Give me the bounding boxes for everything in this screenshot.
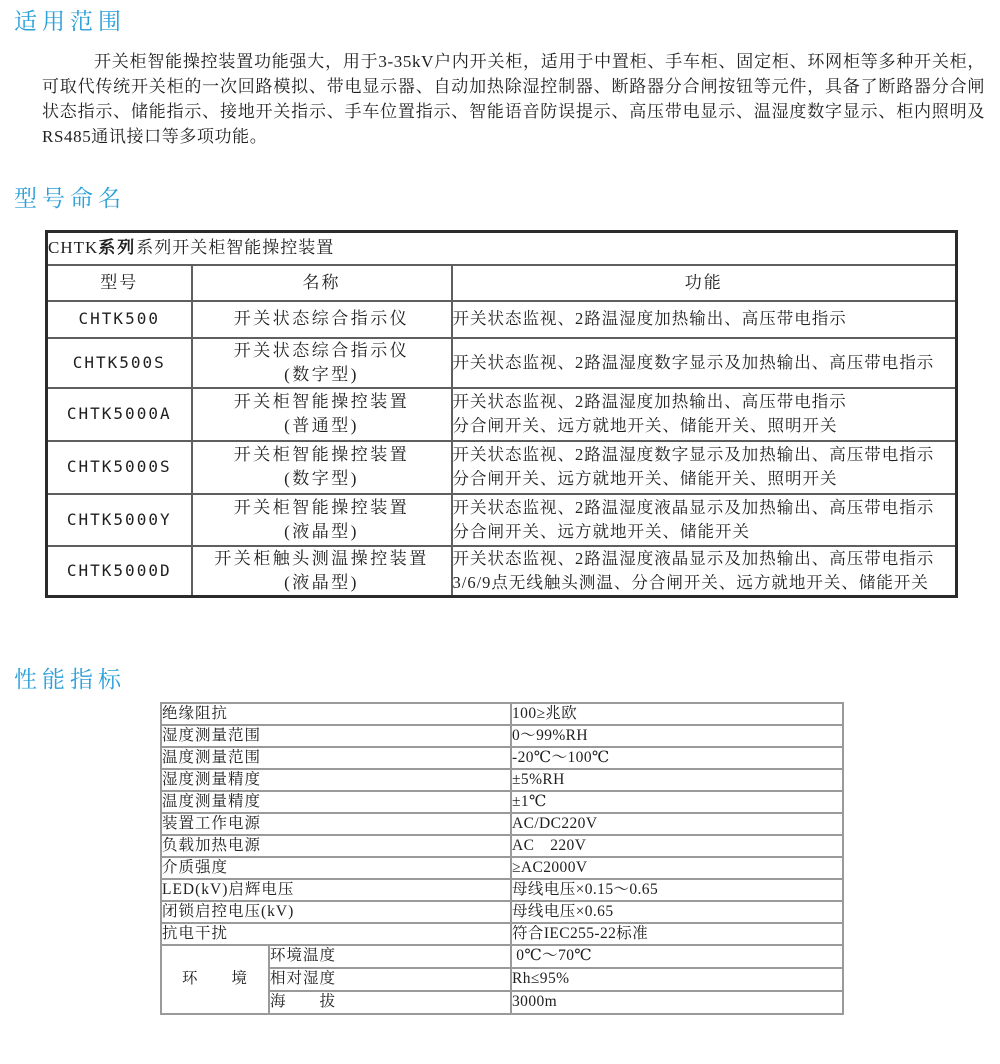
device-name-line: (普通型)	[193, 414, 451, 438]
device-name: 开关柜智能操控装置 (数字型)	[192, 441, 452, 494]
spec-value: 0～99%RH	[511, 725, 843, 747]
function-line: 开关状态监视、2路温湿度数字显示及加热输出、高压带电指示	[453, 351, 956, 375]
spec-value: ≥AC2000V	[511, 857, 843, 879]
function-line: 开关状态监视、2路温湿度加热输出、高压带电指示	[453, 307, 956, 331]
model-number: CHTK5000S	[47, 441, 192, 494]
col-header-function: 功能	[452, 265, 957, 301]
col-header-name: 名称	[192, 265, 452, 301]
spec-table: 绝缘阻抗 100≥兆欧 湿度测量范围 0～99%RH 温度测量范围 -20℃～1…	[160, 702, 844, 1015]
model-number: CHTK500S	[47, 338, 192, 388]
function-line: 开关状态监视、2路温湿度加热输出、高压带电指示	[453, 390, 956, 414]
device-functions: 开关状态监视、2路温湿度数字显示及加热输出、高压带电指示 分合闸开关、远方就地开…	[452, 441, 957, 494]
model-row-chtk5000y: CHTK5000Y 开关柜智能操控装置 (液晶型) 开关状态监视、2路温湿度液晶…	[47, 494, 957, 546]
device-functions: 开关状态监视、2路温湿度液晶显示及加热输出、高压带电指示 分合闸开关、远方就地开…	[452, 494, 957, 546]
env-sub-label: 环境温度	[269, 945, 511, 968]
env-sub-label: 相对湿度	[269, 968, 511, 991]
model-number: CHTK5000D	[47, 546, 192, 597]
model-table-title-row: CHTK系列系列开关柜智能操控装置	[47, 232, 957, 265]
env-row: 环 境 环境温度 0℃～70℃	[161, 945, 843, 968]
spec-label: 介质强度	[161, 857, 511, 879]
device-name-line: (数字型)	[193, 467, 451, 491]
spec-value: 3000m	[511, 991, 843, 1014]
device-name: 开关状态综合指示仪 (数字型)	[192, 338, 452, 388]
spec-label: 抗电干扰	[161, 923, 511, 945]
function-line: 开关状态监视、2路温湿度液晶显示及加热输出、高压带电指示	[453, 547, 956, 571]
spec-value: ±5%RH	[511, 769, 843, 791]
model-row-chtk5000a: CHTK5000A 开关柜智能操控装置 (普通型) 开关状态监视、2路温湿度加热…	[47, 388, 957, 441]
series-title-rest: 系列开关柜智能操控装置	[136, 238, 334, 257]
spec-row: 介质强度 ≥AC2000V	[161, 857, 843, 879]
spec-row: LED(kV)启辉电压 母线电压×0.15～0.65	[161, 879, 843, 901]
col-header-model: 型号	[47, 265, 192, 301]
spec-label: 闭锁启控电压(kV)	[161, 901, 511, 923]
spec-label: 绝缘阻抗	[161, 703, 511, 725]
spec-label: 装置工作电源	[161, 813, 511, 835]
spec-value: AC 220V	[511, 835, 843, 857]
device-name-line: 开关柜智能操控装置	[193, 496, 451, 520]
model-table-title: CHTK系列系列开关柜智能操控装置	[47, 232, 957, 265]
spec-label: 温度测量范围	[161, 747, 511, 769]
spec-label: 负载加热电源	[161, 835, 511, 857]
spec-value: 符合IEC255-22标准	[511, 923, 843, 945]
spec-row: 湿度测量精度 ±5%RH	[161, 769, 843, 791]
series-title-bold: 系列	[98, 238, 136, 257]
device-name-line: 开关柜触头测温操控装置	[193, 547, 451, 571]
device-name-line: (液晶型)	[193, 520, 451, 544]
spec-row: 温度测量精度 ±1℃	[161, 791, 843, 813]
model-row-chtk500s: CHTK500S 开关状态综合指示仪 (数字型) 开关状态监视、2路温湿度数字显…	[47, 338, 957, 388]
datasheet-page: { "colors": { "heading_blue": "#2b9fd8",…	[0, 0, 1000, 1064]
series-title-prefix: CHTK	[48, 238, 98, 257]
model-table: CHTK系列系列开关柜智能操控装置 型号 名称 功能 CHTK500 开关状态综…	[45, 230, 958, 598]
function-line: 分合闸开关、远方就地开关、储能开关、照明开关	[453, 467, 956, 491]
model-row-chtk5000s: CHTK5000S 开关柜智能操控装置 (数字型) 开关状态监视、2路温湿度数字…	[47, 441, 957, 494]
device-name-line: 开关柜智能操控装置	[193, 443, 451, 467]
spec-row: 负载加热电源 AC 220V	[161, 835, 843, 857]
device-name: 开关柜智能操控装置 (普通型)	[192, 388, 452, 441]
spec-label: 湿度测量范围	[161, 725, 511, 747]
function-line: 3/6/9点无线触头测温、分合闸开关、远方就地开关、储能开关	[453, 571, 956, 595]
env-sub-label: 海 拔	[269, 991, 511, 1014]
device-functions: 开关状态监视、2路温湿度数字显示及加热输出、高压带电指示	[452, 338, 957, 388]
spec-row: 抗电干扰 符合IEC255-22标准	[161, 923, 843, 945]
model-number: CHTK5000A	[47, 388, 192, 441]
function-line: 分合闸开关、远方就地开关、储能开关、照明开关	[453, 414, 956, 438]
spec-value: Rh≤95%	[511, 968, 843, 991]
model-row-chtk5000d: CHTK5000D 开关柜触头测温操控装置 (液晶型) 开关状态监视、2路温湿度…	[47, 546, 957, 597]
spec-value: 0℃～70℃	[511, 945, 843, 968]
device-name: 开关状态综合指示仪	[192, 301, 452, 338]
device-name: 开关柜智能操控装置 (液晶型)	[192, 494, 452, 546]
spec-label: 温度测量精度	[161, 791, 511, 813]
function-line: 分合闸开关、远方就地开关、储能开关	[453, 520, 956, 544]
section-heading-scope: 适用范围	[14, 0, 1000, 36]
model-number: CHTK5000Y	[47, 494, 192, 546]
model-row-chtk500: CHTK500 开关状态综合指示仪 开关状态监视、2路温湿度加热输出、高压带电指…	[47, 301, 957, 338]
device-name-line: (数字型)	[193, 363, 451, 387]
spec-label: 湿度测量精度	[161, 769, 511, 791]
spec-row: 绝缘阻抗 100≥兆欧	[161, 703, 843, 725]
device-functions: 开关状态监视、2路温湿度加热输出、高压带电指示 分合闸开关、远方就地开关、储能开…	[452, 388, 957, 441]
model-number: CHTK500	[47, 301, 192, 338]
spec-value: 100≥兆欧	[511, 703, 843, 725]
function-line: 开关状态监视、2路温湿度液晶显示及加热输出、高压带电指示	[453, 496, 956, 520]
device-functions: 开关状态监视、2路温湿度液晶显示及加热输出、高压带电指示 3/6/9点无线触头测…	[452, 546, 957, 597]
section-heading-performance: 性能指标	[14, 666, 1000, 694]
env-group-label: 环 境	[161, 945, 269, 1014]
spec-row: 湿度测量范围 0～99%RH	[161, 725, 843, 747]
scope-paragraph: 开关柜智能操控装置功能强大，用于3-35kV户内开关柜，适用于中置柜、手车柜、固…	[42, 49, 985, 149]
section-heading-model-naming: 型号命名	[14, 185, 1000, 213]
spec-value: AC/DC220V	[511, 813, 843, 835]
spec-value: 母线电压×0.15～0.65	[511, 879, 843, 901]
spec-label: LED(kV)启辉电压	[161, 879, 511, 901]
device-name-line: 开关状态综合指示仪	[193, 307, 451, 331]
spec-value: -20℃～100℃	[511, 747, 843, 769]
device-name: 开关柜触头测温操控装置 (液晶型)	[192, 546, 452, 597]
device-name-line: 开关柜智能操控装置	[193, 390, 451, 414]
function-line: 开关状态监视、2路温湿度数字显示及加热输出、高压带电指示	[453, 443, 956, 467]
spec-value: 母线电压×0.65	[511, 901, 843, 923]
spec-value: ±1℃	[511, 791, 843, 813]
model-table-header-row: 型号 名称 功能	[47, 265, 957, 301]
spec-row: 闭锁启控电压(kV) 母线电压×0.65	[161, 901, 843, 923]
device-functions: 开关状态监视、2路温湿度加热输出、高压带电指示	[452, 301, 957, 338]
device-name-line: (液晶型)	[193, 571, 451, 595]
device-name-line: 开关状态综合指示仪	[193, 339, 451, 363]
spec-row: 装置工作电源 AC/DC220V	[161, 813, 843, 835]
spec-row: 温度测量范围 -20℃～100℃	[161, 747, 843, 769]
